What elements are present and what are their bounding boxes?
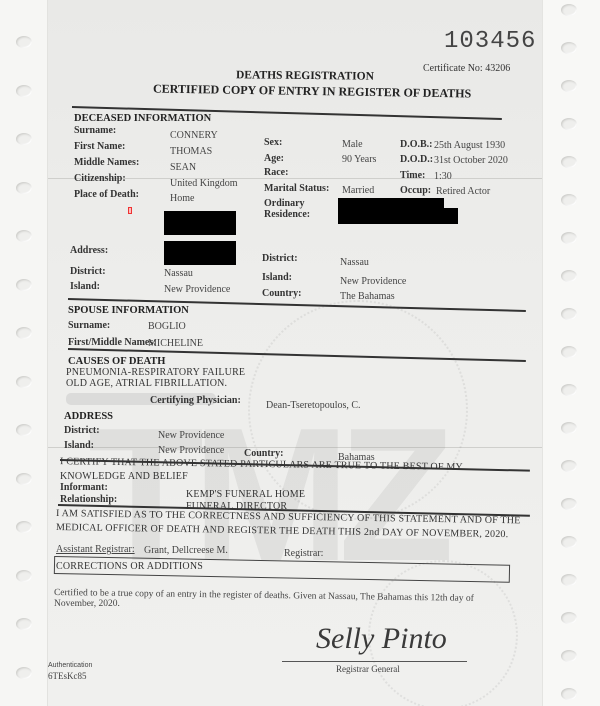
marital-status-value: Married [342, 185, 374, 196]
citizenship-value: United Kingdom [170, 178, 238, 189]
spouse-names-value: MICHELINE [148, 338, 203, 349]
dob-value: 25th August 1930 [434, 140, 505, 151]
tractor-hole [16, 667, 32, 679]
tractor-hole [16, 424, 32, 436]
tractor-hole [16, 230, 32, 242]
district-value: Nassau [164, 268, 193, 279]
serial-number: 103456 [444, 28, 536, 55]
middle-names-value: SEAN [170, 162, 196, 173]
tractor-hole [16, 618, 32, 630]
registrar-label: Registrar: [284, 548, 323, 559]
occupation-label: Occup: [400, 185, 431, 196]
age-label: Age: [264, 153, 284, 164]
tractor-hole [561, 270, 577, 282]
residence-district-label: District: [262, 253, 298, 264]
spouse-names-label: First/Middle Names: [68, 337, 157, 348]
tractor-hole [561, 42, 577, 54]
address-label: Address: [70, 245, 108, 256]
spouse-heading: SPOUSE INFORMATION [68, 305, 189, 316]
physician-label: Certifying Physician: [150, 395, 241, 406]
address-heading: ADDRESS [64, 411, 113, 422]
informant-value: KEMP'S FUNERAL HOME [186, 489, 305, 500]
place-of-death-value: Home [170, 193, 194, 204]
tractor-hole [16, 133, 32, 145]
registrar-signature: Selly Pinto [316, 622, 447, 656]
first-name-value: THOMAS [170, 146, 212, 157]
time-value: 1:30 [434, 171, 452, 182]
red-marker [128, 207, 132, 214]
district-label: District: [70, 266, 106, 277]
physician-value: Dean-Tseretopoulos, C. [266, 400, 361, 411]
assistant-registrar-label: Assistant Registrar: [56, 544, 135, 555]
corrections-label: CORRECTIONS OR ADDITIONS [56, 561, 203, 572]
address-district-label: District: [64, 425, 100, 436]
place-of-death-label: Place of Death: [74, 189, 139, 200]
tractor-hole [561, 156, 577, 168]
assistant-registrar-value: Grant, Dellcreese M. [144, 545, 228, 556]
certificate-number-label: Certificate No: [423, 63, 483, 74]
first-name-label: First Name: [74, 141, 125, 152]
document-subtitle: CERTIFIED COPY OF ENTRY IN REGISTER OF D… [153, 82, 471, 102]
tractor-hole [16, 85, 32, 97]
dob-label: D.O.B.: [400, 139, 433, 150]
dod-value: 31st October 2020 [434, 155, 508, 166]
certificate-number-value: 43206 [485, 63, 510, 74]
tractor-hole [561, 194, 577, 206]
address-district-value: New Providence [158, 430, 224, 441]
causes-heading: CAUSES OF DEATH [68, 356, 165, 367]
tractor-hole [561, 498, 577, 510]
residence-island-value: New Providence [340, 276, 406, 287]
time-label: Time: [400, 170, 425, 181]
dod-label: D.O.D.: [400, 154, 433, 165]
ordinary-residence-label-2: Residence: [264, 209, 310, 220]
cause-line-1: PNEUMONIA-RESPIRATORY FAILURE [66, 367, 245, 378]
tractor-hole [561, 536, 577, 548]
occupation-value: Retired Actor [436, 186, 490, 197]
spouse-surname-label: Surname: [68, 320, 110, 331]
tractor-hole [561, 650, 577, 662]
informant-label: Informant: [60, 482, 108, 493]
left-tractor-margin [0, 0, 48, 706]
middle-names-label: Middle Names: [74, 157, 139, 168]
tractor-hole [16, 376, 32, 388]
address-island-value: New Providence [158, 445, 224, 456]
authentication-label: Authentication [48, 662, 92, 669]
tractor-hole [16, 327, 32, 339]
deceased-heading: DECEASED INFORMATION [74, 113, 211, 124]
country-value: The Bahamas [340, 291, 395, 302]
tractor-hole [16, 521, 32, 533]
spouse-surname-value: BOGLIO [148, 321, 186, 332]
tractor-hole [561, 80, 577, 92]
residence-district-value: Nassau [340, 257, 369, 268]
perforation-line [48, 447, 542, 448]
sex-value: Male [342, 139, 363, 150]
death-certificate: TMZ 103456 Certificate No: 43206 DEATHS … [48, 0, 542, 706]
citizenship-label: Citizenship: [74, 173, 126, 184]
surname-label: Surname: [74, 125, 116, 136]
redacted-residence-2 [338, 208, 458, 224]
tractor-hole [561, 612, 577, 624]
tractor-hole [561, 422, 577, 434]
tractor-hole [16, 279, 32, 291]
sex-label: Sex: [264, 137, 282, 148]
redacted-address [164, 241, 236, 265]
right-tractor-margin [542, 0, 600, 706]
island-label: Island: [70, 281, 100, 292]
ordinary-residence-label: Ordinary [264, 198, 305, 209]
residence-island-label: Island: [262, 272, 292, 283]
marital-status-label: Marital Status: [264, 183, 329, 194]
surname-value: CONNERY [170, 130, 218, 141]
tractor-hole [561, 384, 577, 396]
tractor-hole [16, 36, 32, 48]
tractor-hole [561, 308, 577, 320]
address-country-label: Country: [244, 448, 283, 459]
signature-line [282, 661, 467, 662]
redacted-place-of-death [164, 211, 236, 235]
tractor-hole [16, 570, 32, 582]
certification-line-2: November, 2020. [54, 599, 120, 609]
island-value: New Providence [164, 284, 230, 295]
cause-line-2: OLD AGE, ATRIAL FIBRILLATION. [66, 378, 227, 389]
race-label: Race: [264, 167, 288, 178]
age-value: 90 Years [342, 154, 376, 165]
certify-statement-line-2: KNOWLEDGE AND BELIEF [60, 471, 188, 482]
tractor-hole [561, 688, 577, 700]
authentication-code: 6TEsKc85 [48, 671, 87, 681]
country-label: Country: [262, 288, 301, 299]
registrar-general-title: Registrar General [336, 664, 400, 674]
tractor-hole [16, 473, 32, 485]
certificate-number: Certificate No: 43206 [423, 63, 510, 74]
tractor-hole [16, 182, 32, 194]
tractor-hole [561, 118, 577, 130]
tractor-hole [561, 460, 577, 472]
tractor-hole [561, 232, 577, 244]
tractor-hole [561, 346, 577, 358]
tractor-hole [561, 574, 577, 586]
address-island-label: Island: [64, 440, 94, 451]
tractor-hole [561, 4, 577, 16]
document-title: DEATHS REGISTRATION [236, 69, 374, 82]
